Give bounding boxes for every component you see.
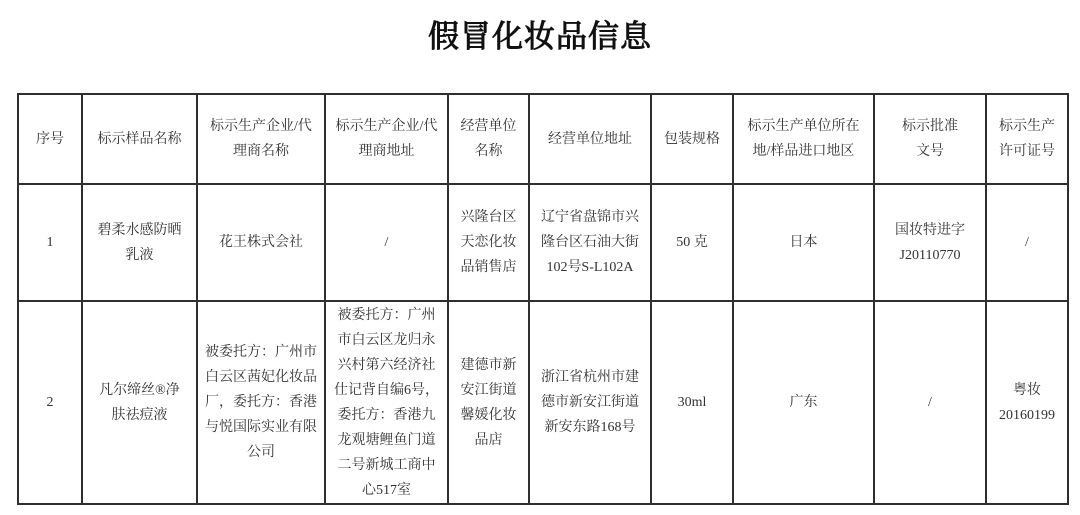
header-cell-manufacturer_name: 标示生产企业/代 理商名称 — [197, 94, 325, 184]
header-cell-business_unit_address: 经营单位地址 — [529, 94, 651, 184]
header-cell-origin_region: 标示生产单位所在 地/样品进口地区 — [733, 94, 874, 184]
table-cell-origin_region: 日本 — [733, 184, 874, 301]
table-cell-business_unit_address: 浙江省杭州市建德市新安江街道新安东路168号 — [529, 301, 651, 504]
header-cell-seq: 序号 — [18, 94, 82, 184]
header-cell-production_license: 标示生产 许可证号 — [986, 94, 1068, 184]
header-cell-business_unit_name: 经营单位 名称 — [448, 94, 529, 184]
table-cell-seq: 2 — [18, 301, 82, 504]
header-cell-package_spec: 包装规格 — [651, 94, 733, 184]
table-cell-package_spec: 30ml — [651, 301, 733, 504]
table-header-row: 序号标示样品名称标示生产企业/代 理商名称标示生产企业/代 理商地址经营单位 名… — [18, 94, 1068, 184]
header-cell-manufacturer_address: 标示生产企业/代 理商地址 — [325, 94, 448, 184]
table-cell-sample_name: 碧柔水感防晒乳液 — [82, 184, 197, 301]
table-row: 1碧柔水感防晒乳液花王株式会社/兴隆台区天恋化妆品销售店辽宁省盘锦市兴隆台区石油… — [18, 184, 1068, 301]
table-cell-manufacturer_address: 被委托方：广州市白云区龙归永兴村第六经济社仕记背自编6号，委托方：香港九龙观塘鲤… — [325, 301, 448, 504]
header-cell-approval_number: 标示批准 文号 — [874, 94, 986, 184]
table-cell-manufacturer_name: 花王株式会社 — [197, 184, 325, 301]
document-page: 假冒化妆品信息 序号标示样品名称标示生产企业/代 理商名称标示生产企业/代 理商… — [0, 0, 1080, 515]
table-cell-manufacturer_address: / — [325, 184, 448, 301]
header-cell-sample_name: 标示样品名称 — [82, 94, 197, 184]
table-cell-origin_region: 广东 — [733, 301, 874, 504]
table-cell-sample_name: 凡尔缔丝®净肤祛痘液 — [82, 301, 197, 504]
table-row: 2凡尔缔丝®净肤祛痘液被委托方：广州市白云区茜妃化妆品厂，委托方：香港与悦国际实… — [18, 301, 1068, 504]
table-cell-production_license: / — [986, 184, 1068, 301]
counterfeit-cosmetics-table: 序号标示样品名称标示生产企业/代 理商名称标示生产企业/代 理商地址经营单位 名… — [17, 93, 1069, 505]
table-cell-seq: 1 — [18, 184, 82, 301]
table-cell-business_unit_address: 辽宁省盘锦市兴隆台区石油大街102号S-L102A — [529, 184, 651, 301]
table-cell-business_unit_name: 建德市新安江街道馨媛化妆品店 — [448, 301, 529, 504]
table-cell-manufacturer_name: 被委托方：广州市白云区茜妃化妆品厂，委托方：香港与悦国际实业有限公司 — [197, 301, 325, 504]
table-cell-approval_number: / — [874, 301, 986, 504]
table-cell-package_spec: 50 克 — [651, 184, 733, 301]
table-cell-business_unit_name: 兴隆台区天恋化妆品销售店 — [448, 184, 529, 301]
table-cell-approval_number: 国妆特进字J20110770 — [874, 184, 986, 301]
page-title: 假冒化妆品信息 — [0, 0, 1080, 58]
table-cell-production_license: 粤妆20160199 — [986, 301, 1068, 504]
